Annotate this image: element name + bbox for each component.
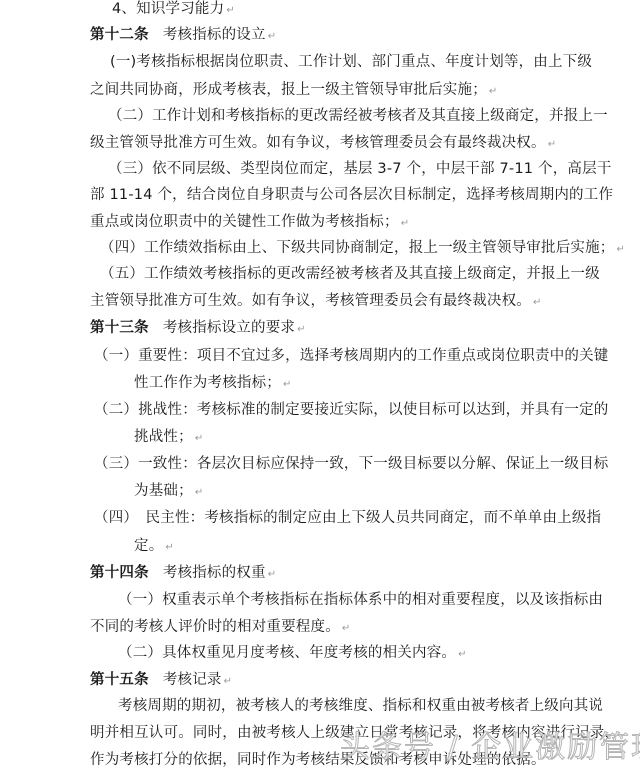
paragraph-line: 重点或岗位职责中的关键性工作做为考核指标；↵ xyxy=(90,213,409,233)
paragraph-mark-icon: ↵ xyxy=(548,139,557,150)
paragraph-mark-icon: ↵ xyxy=(533,297,542,308)
paragraph-line: 定。↵ xyxy=(134,537,174,557)
article-title: 考核记录 xyxy=(163,672,222,688)
paragraph-line: 考核周期的期初，被考核人的考核维度、指标和权重由被考核者上级向其说 xyxy=(118,697,603,715)
watermark: 头条号 / 企业激励管理 xyxy=(340,722,640,766)
paragraph-line: （三）一致性：各层次目标应保持一致，下一级目标要以分解、保证上一级目标 xyxy=(94,455,609,473)
paragraph-line: 级主管领导批准方可生效。如有争议，考核管理委员会有最终裁决权。↵ xyxy=(90,134,556,154)
paragraph-line: 性工作作为考核指标；↵ xyxy=(134,374,292,394)
paragraph-mark-icon: ↵ xyxy=(283,379,292,390)
list-item-knowledge-learning: 4、知识学习能力↵ xyxy=(112,0,235,20)
paragraph-line: （二）具体权重见月度考核、年度考核的相关内容。↵ xyxy=(118,644,467,664)
article-12-heading: 第十二条考核指标的设立↵ xyxy=(90,26,276,46)
paragraph-line: （一）权重表示单个考核指标在指标体系中的相对重要程度，以及该指标由 xyxy=(118,591,603,609)
article-title: 考核指标的设立 xyxy=(163,27,266,43)
paragraph-mark-icon: ↵ xyxy=(617,244,626,255)
paragraph-mark-icon: ↵ xyxy=(342,623,351,634)
paragraph-line: （二）工作计划和考核指标的更改需经被考核者及其直接上级商定，并报上一 xyxy=(108,107,608,125)
paragraph-mark-icon: ↵ xyxy=(195,487,204,498)
paragraph-mark-icon: ↵ xyxy=(224,676,233,687)
paragraph-mark-icon: ↵ xyxy=(195,433,204,444)
article-number: 第十三条 xyxy=(90,320,149,336)
article-title: 考核指标设立的要求 xyxy=(163,320,295,336)
paragraph-line: 主管领导批准方可生效。如有争议，考核管理委员会有最终裁决权。↵ xyxy=(90,292,542,312)
paragraph-line: （二）挑战性：考核标准的制定要接近实际，以使目标可以达到，并具有一定的 xyxy=(94,401,609,419)
paragraph-mark-icon: ↵ xyxy=(165,542,174,553)
paragraph-mark-icon: ↵ xyxy=(297,324,306,335)
paragraph-line: 挑战性；↵ xyxy=(134,428,203,448)
article-14-heading: 第十四条考核指标的权重↵ xyxy=(90,564,276,584)
article-number: 第十二条 xyxy=(90,27,149,43)
paragraph-mark-icon: ↵ xyxy=(401,218,410,229)
paragraph-mark-icon: ↵ xyxy=(268,31,277,42)
article-number: 第十五条 xyxy=(90,672,149,688)
paragraph-line: (一)考核指标根据岗位职责、工作计划、部门重点、年度计划等，由上下级 xyxy=(110,53,592,71)
paragraph-line: 之间共同协商，形成考核表，报上一级主管领导审批后实施；↵ xyxy=(90,81,498,101)
paragraph-mark-icon: ↵ xyxy=(458,649,467,660)
paragraph-line: 不同的考核人评价时的相对重要程度。↵ xyxy=(90,618,351,638)
paragraph-line: （一）重要性：项目不宜过多，选择考核周期内的工作重点或岗位职责中的关键 xyxy=(94,347,609,365)
article-title: 考核指标的权重 xyxy=(163,565,266,581)
paragraph-line: 为基础；↵ xyxy=(134,482,203,502)
paragraph-line: 部 11-14 个，结合岗位自身职责与公司各层次目标制定，选择考核周期内的工作 xyxy=(90,186,613,204)
article-number: 第十四条 xyxy=(90,565,149,581)
paragraph-line: （四） 民主性：考核指标的制定应由上下级人员共同商定，而不单单由上级指 xyxy=(94,509,601,527)
paragraph-line: （四）工作绩效指标由上、下级共同协商制定，报上一级主管领导审批后实施；↵ xyxy=(100,239,625,259)
paragraph-line: （五）工作绩效考核指标的更改需经被考核者及其直接上级商定，并报上一级 xyxy=(100,265,600,283)
paragraph-line: （三）依不同层级、类型岗位而定，基层 3-7 个，中层干部 7-11 个，高层干 xyxy=(108,160,612,178)
paragraph-mark-icon: ↵ xyxy=(268,569,277,580)
article-13-heading: 第十三条考核指标设立的要求↵ xyxy=(90,319,306,339)
paragraph-mark-icon: ↵ xyxy=(226,5,235,16)
article-15-heading: 第十五条考核记录↵ xyxy=(90,671,232,691)
paragraph-mark-icon: ↵ xyxy=(489,86,498,97)
